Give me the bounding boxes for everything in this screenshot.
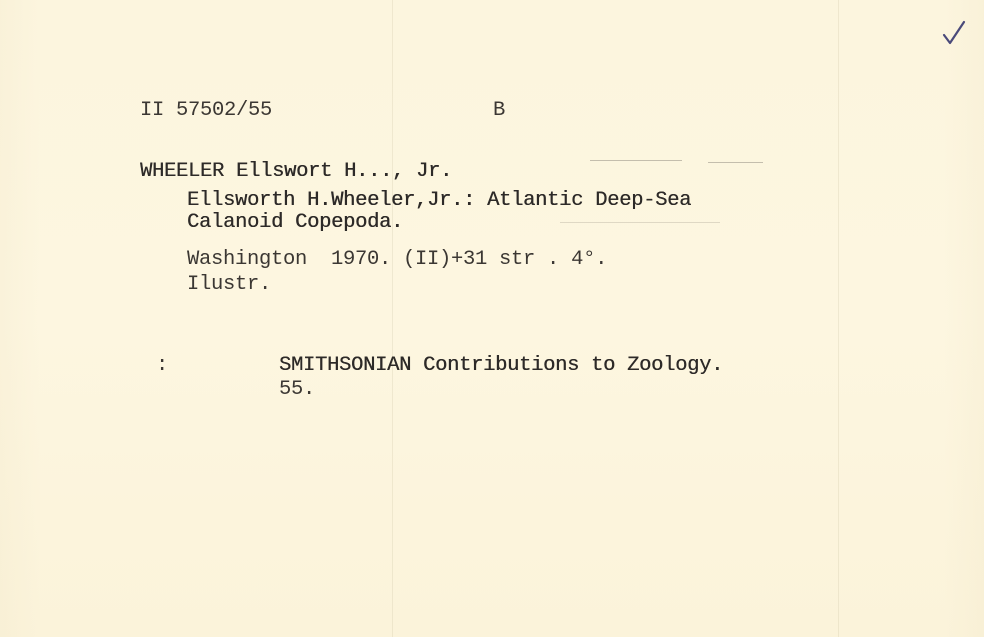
catalog-card: II 57502/55 B WHEELER Ellswort H..., Jr.… xyxy=(0,0,984,637)
section-letter: B xyxy=(493,101,505,122)
imprint-line: Ilustr. xyxy=(187,275,271,296)
series-statement: SMITHSONIAN Contributions to Zoology. xyxy=(279,356,723,377)
bleed-through-mark xyxy=(590,160,682,161)
imprint-line: Washington 1970. (II)+31 str . 4°. xyxy=(187,250,607,271)
paper-texture-line xyxy=(838,0,839,637)
series-marker: : xyxy=(156,356,168,377)
title-line: Calanoid Copepoda. xyxy=(187,213,403,234)
bleed-through-mark xyxy=(708,162,763,163)
author-heading: WHEELER Ellswort H..., Jr. xyxy=(140,162,452,183)
checkmark-icon xyxy=(942,20,966,46)
bleed-through-mark xyxy=(560,222,720,223)
title-line: Ellsworth H.Wheeler,Jr.: Atlantic Deep-S… xyxy=(187,191,691,212)
paper-texture-line xyxy=(392,0,393,637)
series-number: 55. xyxy=(279,380,315,401)
call-number: II 57502/55 xyxy=(140,101,272,122)
